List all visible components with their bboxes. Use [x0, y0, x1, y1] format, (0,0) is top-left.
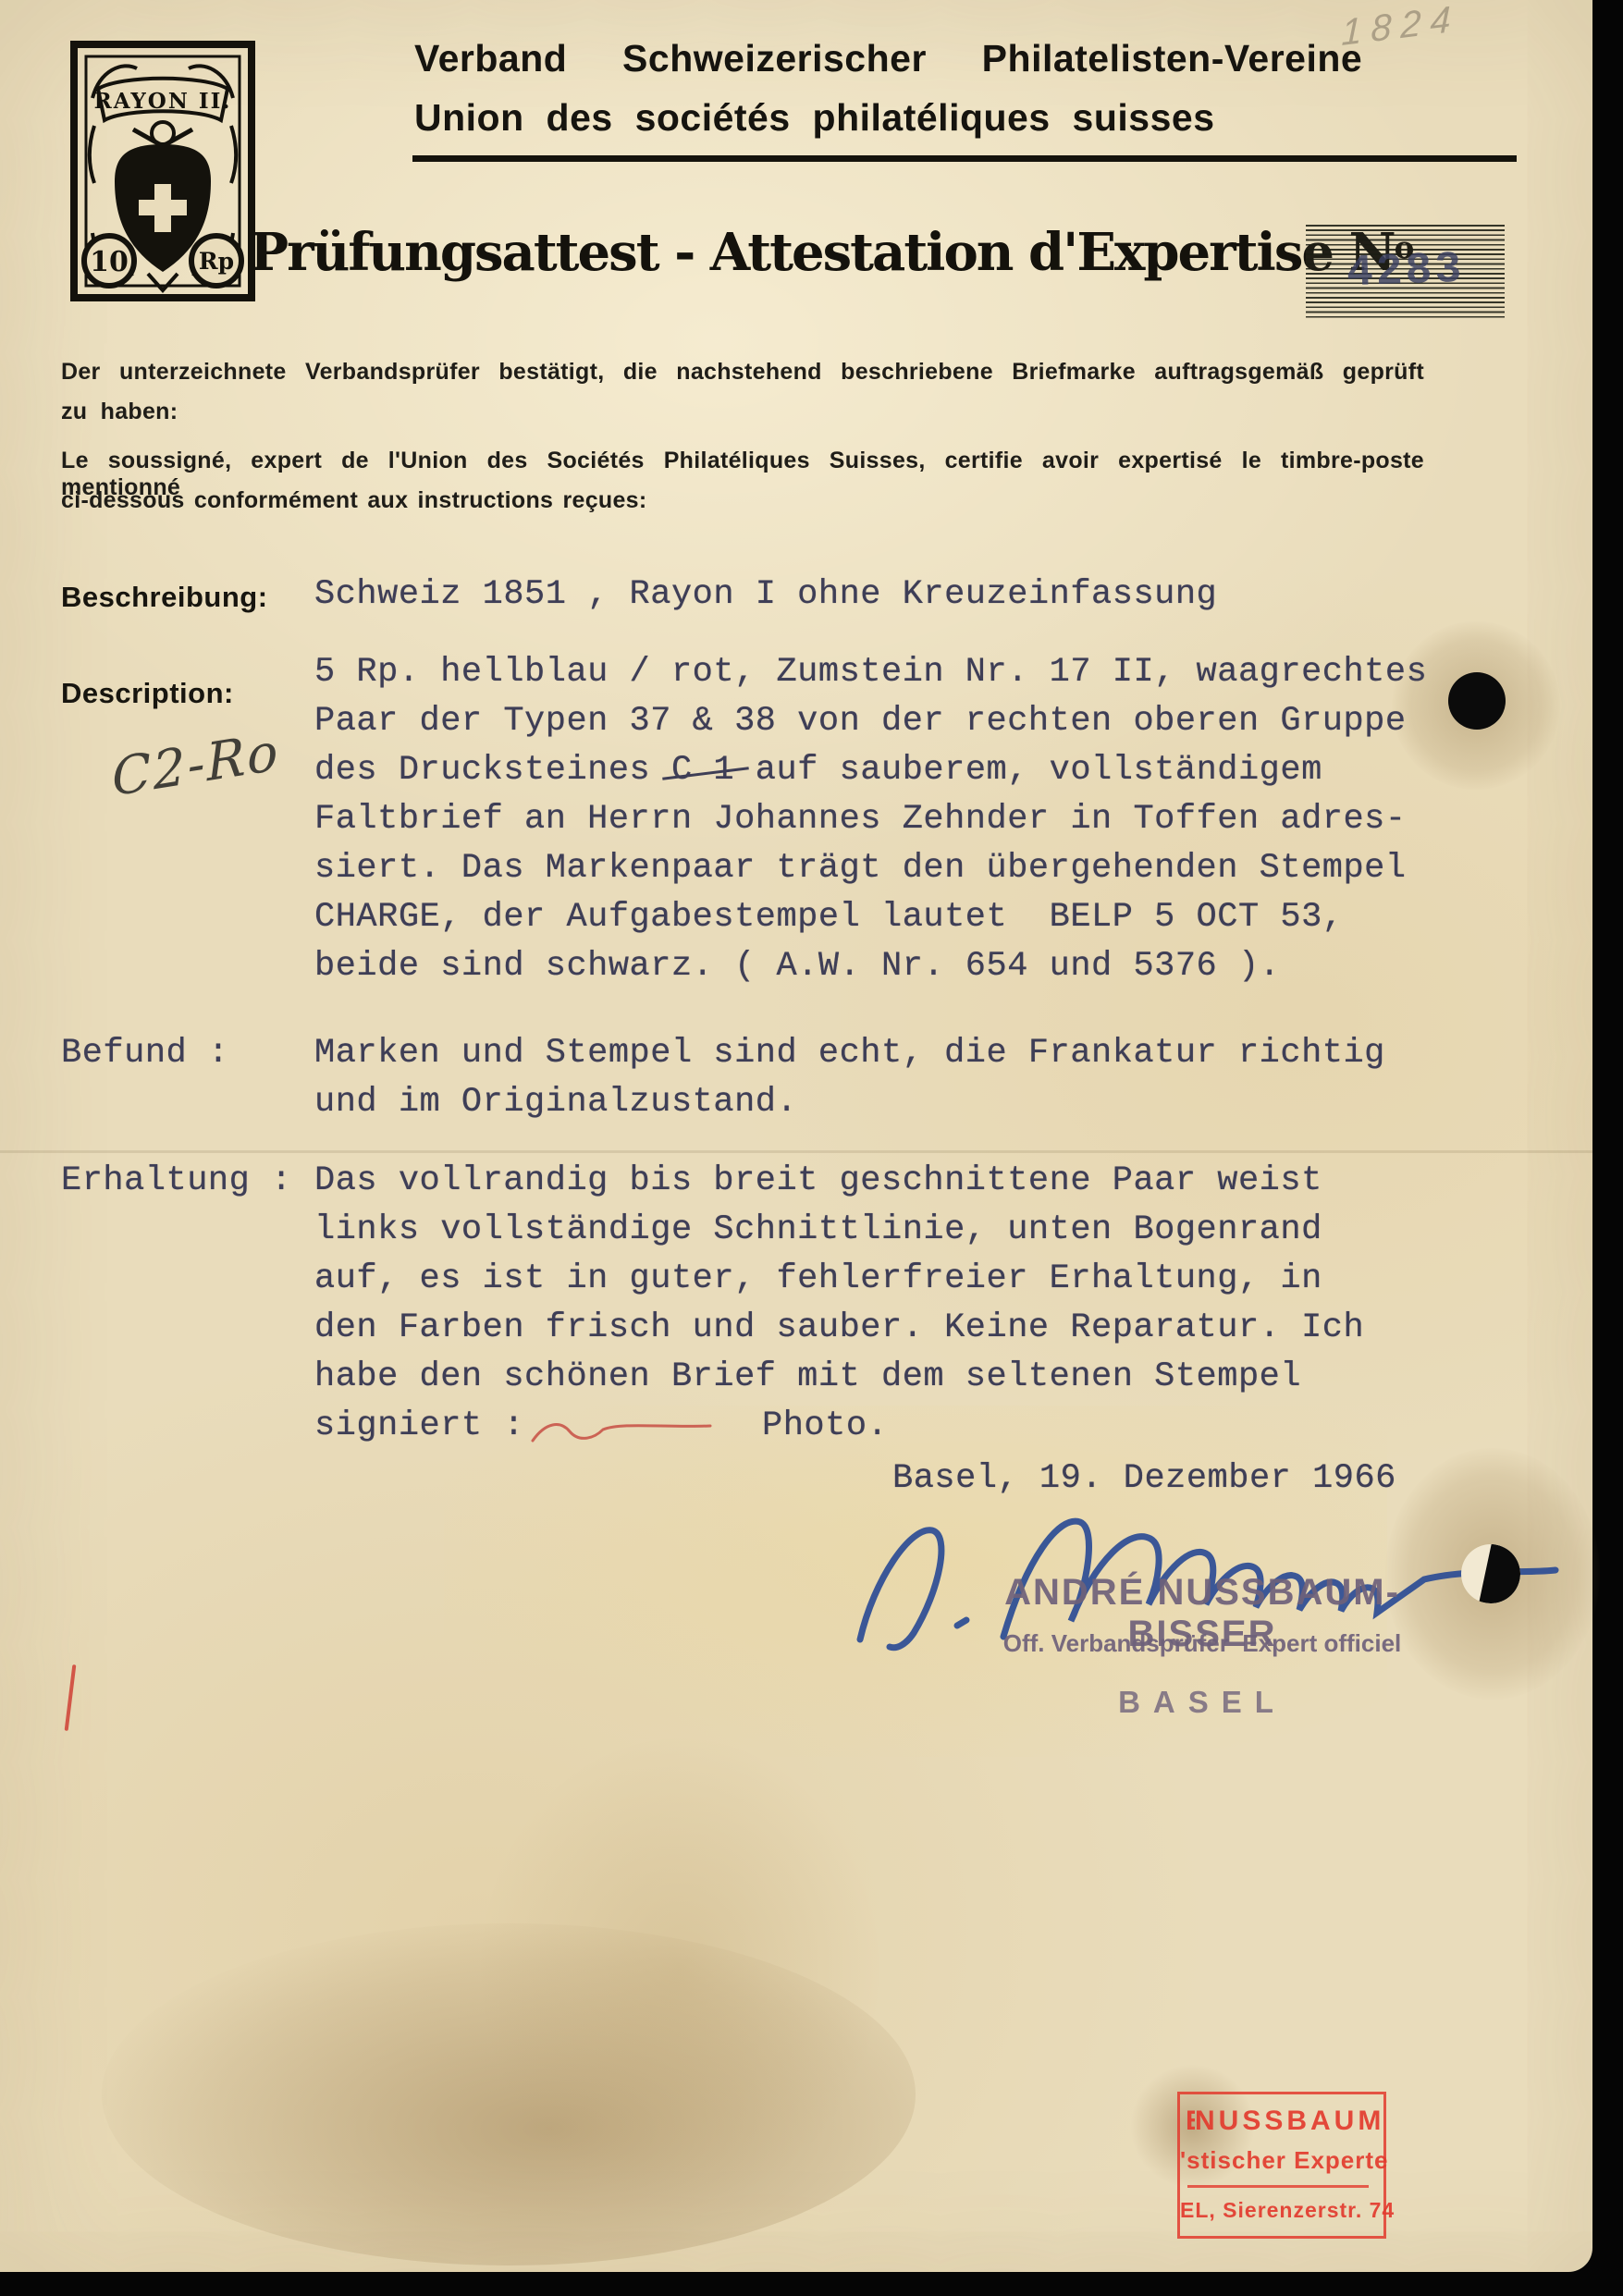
red-stamp-line2: 'stischer Experte	[1180, 2146, 1376, 2175]
attest-number-box: 4283	[1306, 225, 1505, 319]
description-line: Paar der Typen 37 & 38 von der rechten o…	[314, 702, 1407, 741]
befund-line: und im Originalzustand.	[314, 1083, 797, 1122]
rayon-stamp-emblem: RAYON II. 10 Rp	[70, 41, 255, 301]
paper-sheet: RAYON II. 10 Rp Verband Schweizerischer …	[0, 0, 1592, 2272]
banner-text: RAYON II.	[94, 89, 232, 114]
erhaltung-line: links vollständige Schnittlinie, unten B…	[314, 1210, 1322, 1249]
line4-pre: des Drucksteines	[314, 751, 671, 790]
erhaltung-line: Das vollrandig bis breit geschnittene Pa…	[314, 1161, 1322, 1200]
description-line: Faltbrief an Herrn Johannes Zehnder in T…	[314, 800, 1407, 839]
description-line: CHARGE, der Aufgabestempel lautet BELP 5…	[314, 898, 1343, 937]
label-beschreibung: Beschreibung:	[61, 581, 268, 614]
description-line: Schweiz 1851 , Rayon I ohne Kreuzeinfass…	[314, 575, 1217, 614]
value-10: 10	[90, 246, 129, 278]
red-stamp-line3: EL, Sierenzerstr. 74	[1180, 2198, 1372, 2223]
description-line: des Drucksteines C 1 auf sauberem, volls…	[314, 751, 1322, 790]
description-line: siert. Das Markenpaar trägt den übergehe…	[314, 849, 1407, 888]
preamble-de-line2: zu haben:	[61, 399, 1424, 425]
preamble-fr-line2: ci-dessous conformément aux instructions…	[61, 487, 1424, 514]
erhaltung-line-signiert: signiert :	[314, 1406, 524, 1445]
label-befund: Befund :	[61, 1034, 229, 1073]
attest-title: Prüfungsattest - Attestation d'Expertise…	[250, 222, 1414, 283]
attest-title-text: Prüfungsattest - Attestation d'Expertise…	[250, 222, 1395, 283]
red-stamp-name: NUSSBAUM	[1195, 2106, 1384, 2136]
preamble-de-line1: Der unterzeichnete Verbandsprüfer bestät…	[61, 359, 1424, 386]
red-initials-signature	[525, 1413, 719, 1454]
description-line: 5 Rp. hellblau / rot, Zumstein Nr. 17 II…	[314, 653, 1427, 692]
description-line: beide sind schwarz. ( A.W. Nr. 654 und 5…	[314, 947, 1280, 986]
label-erhaltung: Erhaltung :	[61, 1161, 292, 1200]
stain-large-smudge	[102, 1923, 916, 2265]
expert-title-stamp: Off. Verbandsprüfer Expert officiel	[980, 1629, 1424, 1658]
org-name-french: Union des sociétés philatéliques suisses	[414, 96, 1215, 140]
struck-printing-stone: C 1	[671, 751, 734, 790]
stain-smudge-tail	[481, 1738, 879, 2201]
punch-hole-top	[1448, 672, 1506, 730]
value-rp: Rp	[199, 248, 234, 275]
org-name-german: Verband Schweizerischer Philatelisten-Ve…	[414, 37, 1362, 80]
expert-city-stamp: BASEL	[1064, 1685, 1341, 1720]
label-description: Description:	[61, 677, 234, 710]
attest-number: 4283	[1346, 245, 1465, 299]
erhaltung-line: habe den schönen Brief mit dem seltenen …	[314, 1357, 1301, 1396]
scanned-certificate: RAYON II. 10 Rp Verband Schweizerischer …	[0, 0, 1623, 2296]
red-stamp-divider	[1187, 2185, 1369, 2188]
header-rule	[412, 155, 1517, 162]
erhaltung-line: den Farben frisch und sauber. Keine Repa…	[314, 1308, 1364, 1347]
erhaltung-line: auf, es ist in guter, fehlerfreier Erhal…	[314, 1259, 1322, 1298]
red-stamp-partial-letter: E	[1186, 2106, 1195, 2137]
erhaltung-line-photo: Photo.	[762, 1406, 888, 1445]
befund-line: Marken und Stempel sind echt, die Franka…	[314, 1034, 1385, 1073]
handwritten-margin-note: C2-Ro	[110, 722, 280, 809]
red-rubber-stamp: ENUSSBAUM 'stischer Experte EL, Sierenze…	[1177, 2092, 1386, 2239]
line4-post: auf sauberem, vollständigem	[734, 751, 1322, 790]
red-margin-tick	[65, 1664, 77, 1731]
red-stamp-line1: ENUSSBAUM	[1186, 2106, 1376, 2137]
fold-crease	[0, 1150, 1592, 1153]
pencil-note: 1824	[1341, 0, 1460, 55]
